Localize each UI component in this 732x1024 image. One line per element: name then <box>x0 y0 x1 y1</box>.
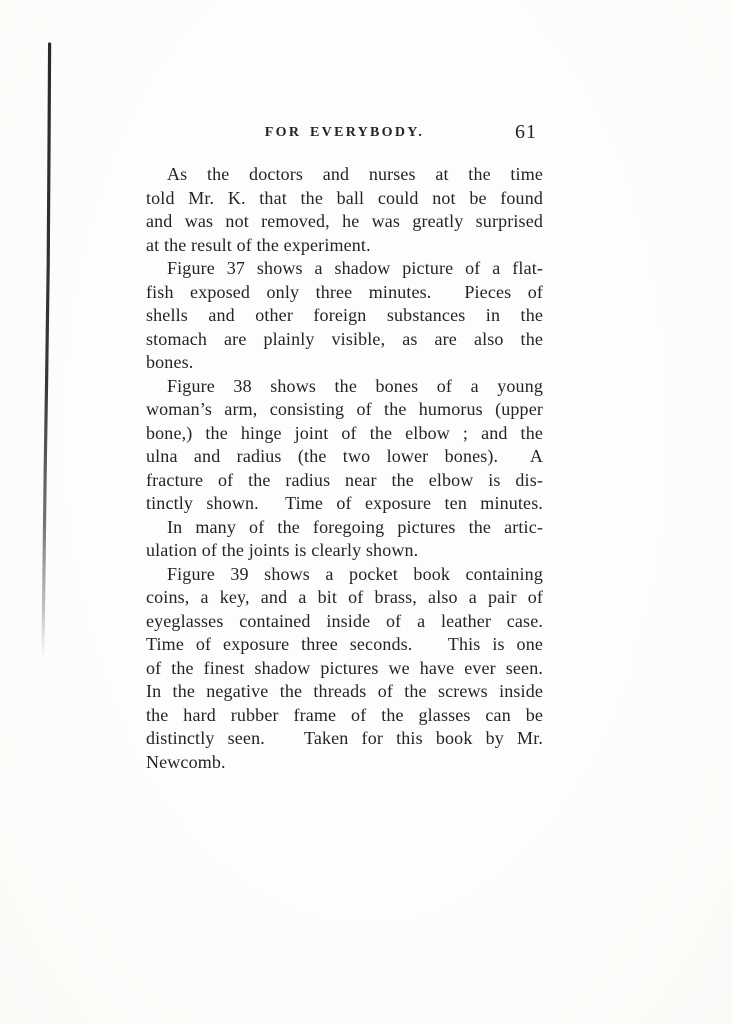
text-line: and was not removed, he was greatly surp… <box>146 210 543 234</box>
text-line: Figure 38 shows the bones of a young <box>146 375 543 399</box>
text-line: ulation of the joints is clearly shown. <box>146 539 543 563</box>
text-line: told Mr. K. that the ball could not be f… <box>146 187 543 211</box>
text-line: bones. <box>146 351 543 375</box>
text-line: the hard rubber frame of the glasses can… <box>146 704 543 728</box>
text-line: Figure 39 shows a pocket book containing <box>146 563 543 587</box>
text-line: Time of exposure three seconds. This is … <box>146 633 543 657</box>
text-line: tinctly shown. Time of exposure ten minu… <box>146 492 543 516</box>
text-line: eyeglasses contained inside of a leather… <box>146 610 543 634</box>
text-line: stomach are plainly visible, as are also… <box>146 328 543 352</box>
text-line: In many of the foregoing pictures the ar… <box>146 516 543 540</box>
text-line: fracture of the radius near the elbow is… <box>146 469 543 493</box>
text-line: fish exposed only three minutes. Pieces … <box>146 281 543 305</box>
text-line: shells and other foreign substances in t… <box>146 304 543 328</box>
running-title: FOR EVERYBODY. <box>146 125 543 141</box>
text-block: As the doctors and nurses at the timetol… <box>146 163 543 774</box>
text-line: Newcomb. <box>146 751 543 775</box>
text-line: ulna and radius (the two lower bones). A <box>146 445 543 469</box>
paragraph: In many of the foregoing pictures the ar… <box>146 516 543 563</box>
text-line: of the finest shadow pictures we have ev… <box>146 657 543 681</box>
page-number: 61 <box>515 121 537 144</box>
text-line: at the result of the experiment. <box>146 234 543 258</box>
text-line: distinctly seen. Taken for this book by … <box>146 727 543 751</box>
text-line: woman’s arm, consisting of the humorus (… <box>146 398 543 422</box>
paragraph: Figure 37 shows a shadow picture of a fl… <box>146 257 543 375</box>
paragraph: Figure 39 shows a pocket book containing… <box>146 563 543 775</box>
text-line: Figure 37 shows a shadow picture of a fl… <box>146 257 543 281</box>
text-line: coins, a key, and a bit of brass, also a… <box>146 586 543 610</box>
book-page: FOR EVERYBODY. 61 As the doctors and nur… <box>0 0 732 1024</box>
text-line: As the doctors and nurses at the time <box>146 163 543 187</box>
text-line: bone,) the hinge joint of the elbow ; an… <box>146 422 543 446</box>
text-line: In the negative the threads of the screw… <box>146 680 543 704</box>
paragraph: As the doctors and nurses at the timetol… <box>146 163 543 257</box>
paragraph: Figure 38 shows the bones of a youngwoma… <box>146 375 543 516</box>
